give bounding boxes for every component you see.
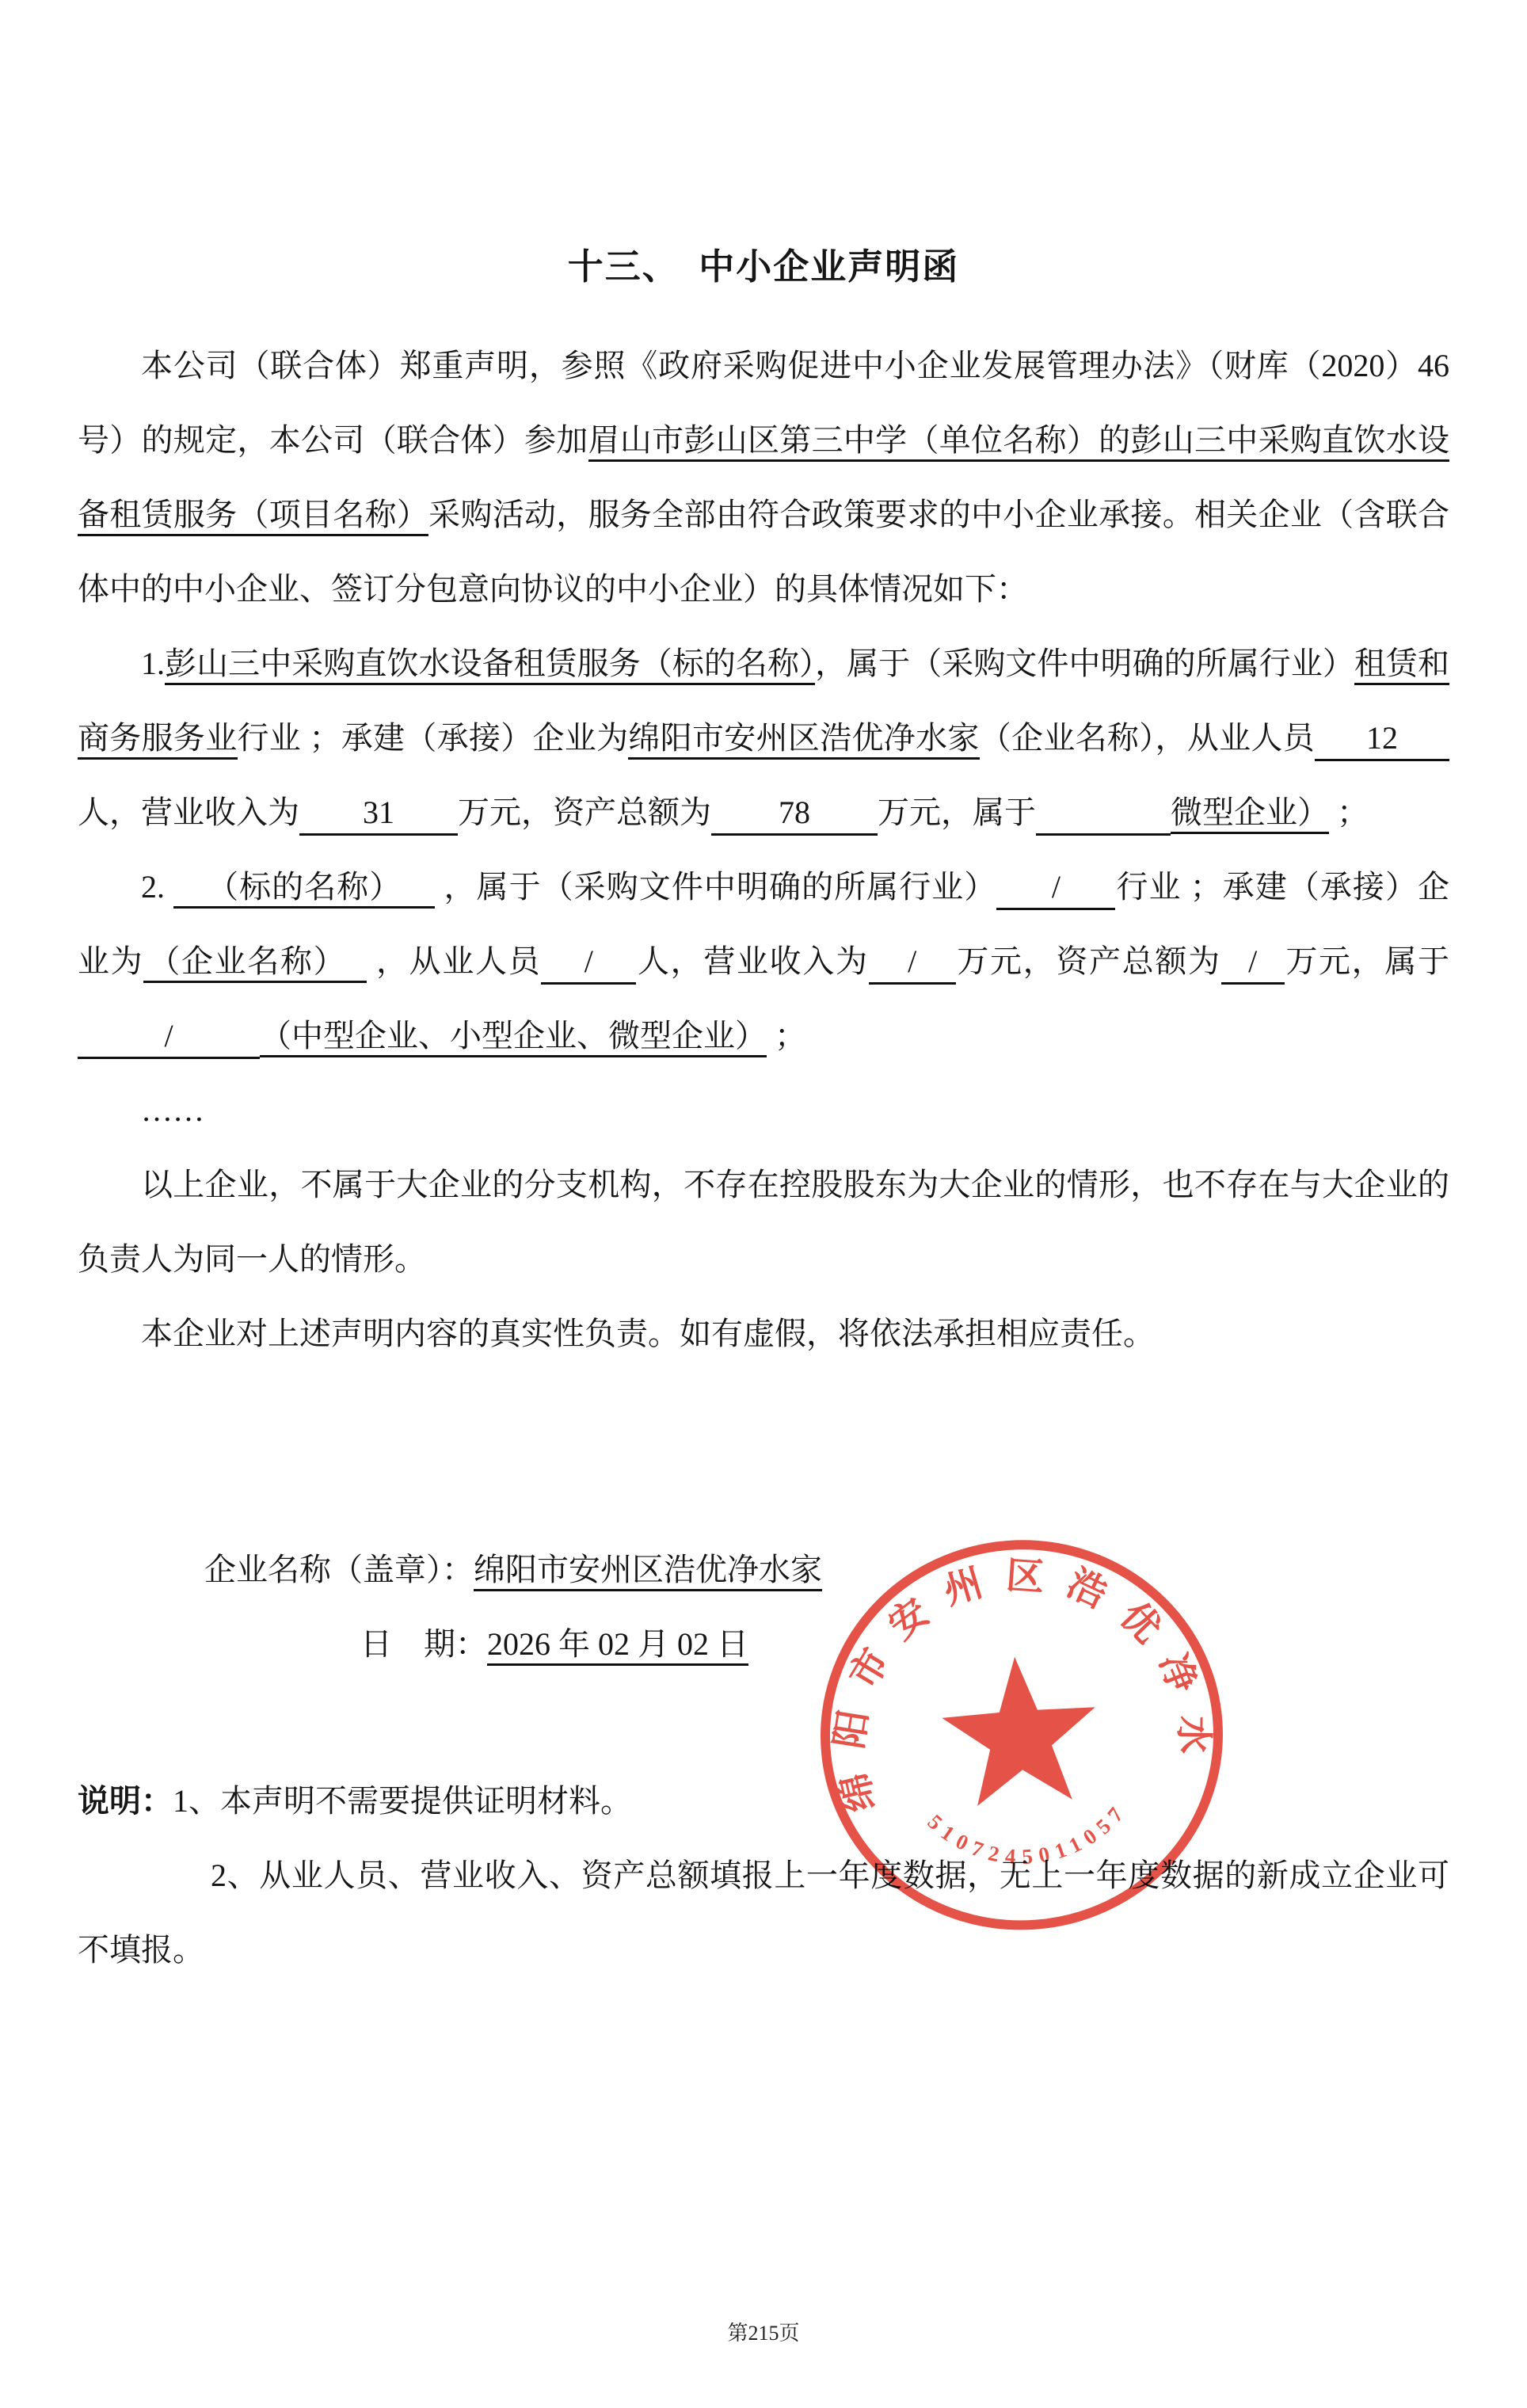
signature-block: 企业名称（盖章）：绵阳市安州区浩优净水家 日 期：2026 年 02 月 02 … (78, 1533, 1449, 1682)
paragraph-ellipsis: …… (78, 1073, 1449, 1148)
item2-type-blank: / (78, 1017, 260, 1059)
item1-staff-blank: 12 (1315, 719, 1449, 761)
document-body: 十三、 中小企业声明函 本公司（联合体）郑重声明，参照《政府采购促进中小企业发展… (78, 238, 1449, 1987)
item1-tail: ； (1329, 794, 1369, 830)
item1-company-underlined: 绵阳市安州区浩优净水家 (628, 720, 979, 760)
item1-industry-suffix: 行业 ；承建（承接）企业为 (238, 720, 629, 756)
paragraph-responsibility: 本企业对上述声明内容的真实性负责。如有虚假，将依法承担相应责任。 (78, 1297, 1449, 1371)
notes-label: 说明： (78, 1784, 173, 1819)
page-title: 十三、 中小企业声明函 (78, 238, 1449, 289)
item1-type-underlined: 微型企业） (1171, 794, 1329, 834)
item2-belongs: ，属于（采购文件中明确的所属行业） (435, 869, 996, 905)
item2-type-underlined: （中型企业、小型企业、微型企业） (260, 1018, 767, 1057)
item2-number: 2. (141, 869, 173, 905)
item1-revenue-suffix: 万元，资产总额为 (458, 794, 711, 830)
paragraph-intro: 本公司（联合体）郑重声明，参照《政府采购促进中小企业发展管理办法》（财库（202… (78, 329, 1449, 627)
date-value: 2026 年 02 月 02 日 (487, 1626, 748, 1666)
item1-type-blank (1036, 794, 1171, 836)
note-2: 2、从业人员、营业收入、资产总额填报上一年度数据，无上一年度数据的新成立企业可不… (78, 1838, 1449, 1987)
paragraph-item2: 2. （标的名称） ，属于（采购文件中明确的所属行业）/行业 ；承建（承接）企业… (78, 850, 1449, 1073)
item1-company-suffix: （企业名称），从业人员 (980, 720, 1315, 756)
item2-revenue-suffix: 万元，资产总额为 (956, 943, 1221, 979)
item2-industry-blank: / (996, 868, 1115, 910)
note-1-text: 1、本声明不需要提供证明材料。 (173, 1783, 632, 1819)
document-page: 十三、 中小企业声明函 本公司（联合体）郑重声明，参照《政府采购促进中小企业发展… (0, 0, 1527, 2408)
item1-belongs: ，属于（采购文件中明确的所属行业） (815, 646, 1354, 681)
date-label: 日 期： (360, 1626, 487, 1662)
item1-staff-suffix: 人，营业收入为 (78, 794, 299, 830)
item2-tail: ； (767, 1018, 806, 1053)
item2-staff-blank: / (541, 943, 636, 985)
paragraph-no-large-enterprise: 以上企业，不属于大企业的分支机构，不存在控股股东为大企业的情形，也不存在与大企业… (78, 1148, 1449, 1297)
item2-staff-suffix: 人，营业收入为 (636, 943, 868, 979)
item2-assets-blank: / (1221, 943, 1285, 985)
item2-company-underlined: （企业名称） (143, 943, 367, 983)
item1-number: 1. (141, 646, 165, 681)
note-1: 说明：1、本声明不需要提供证明材料。 (78, 1764, 1449, 1838)
item1-revenue-blank: 31 (299, 794, 458, 836)
notes-block: 说明：1、本声明不需要提供证明材料。 2、从业人员、营业收入、资产总额填报上一年… (78, 1764, 1449, 1987)
page-number: 第215页 (0, 2317, 1527, 2346)
item1-assets-blank: 78 (711, 794, 878, 836)
signature-company-line: 企业名称（盖章）：绵阳市安州区浩优净水家 (78, 1533, 1449, 1607)
company-seal-label: 企业名称（盖章）： (204, 1552, 474, 1587)
item2-company-suffix: ，从业人员 (367, 943, 541, 979)
item2-assets-suffix: 万元，属于 (1285, 943, 1449, 979)
signature-date-line: 日 期：2026 年 02 月 02 日 (78, 1607, 1449, 1682)
item1-subject-underlined: 彭山三中采购直饮水设备租赁服务（标的名称） (165, 646, 815, 685)
item2-subject-underlined: （标的名称） (173, 869, 435, 909)
item2-revenue-blank: / (869, 943, 956, 985)
paragraph-item1: 1.彭山三中采购直饮水设备租赁服务（标的名称），属于（采购文件中明确的所属行业）… (78, 627, 1449, 850)
item1-assets-suffix: 万元，属于 (878, 794, 1036, 830)
company-seal-value: 绵阳市安州区浩优净水家 (474, 1552, 822, 1591)
